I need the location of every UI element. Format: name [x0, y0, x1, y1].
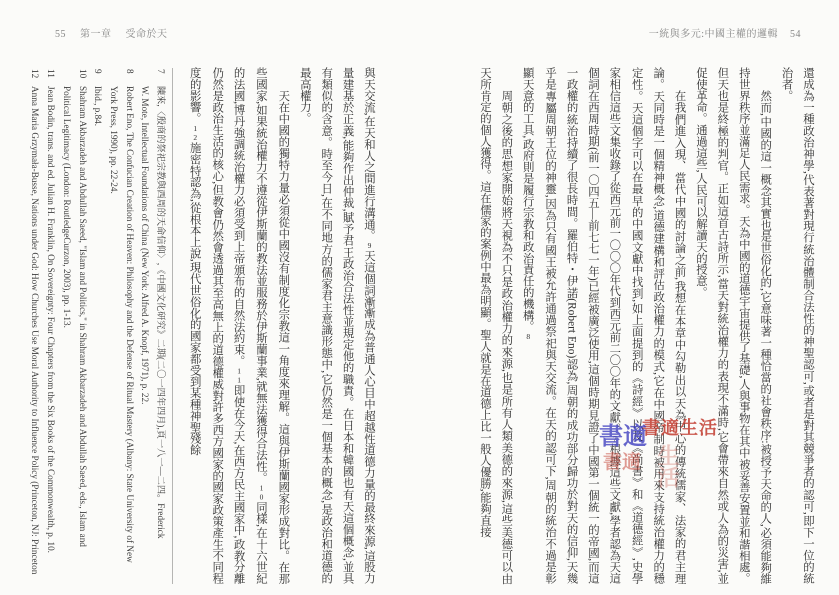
- left-running-header: 55第一章受命於天: [55, 25, 168, 40]
- left-page-number: 55: [55, 29, 66, 40]
- footnote-ref: 9: [365, 241, 374, 250]
- footnote-text: W. Mote, Intellectual Foundations of Chi…: [140, 86, 150, 404]
- footnote-number: 10: [74, 69, 90, 86]
- footnote-text: York Press, 1990), pp. 22-24.: [109, 86, 119, 194]
- paragraph: 還成為一種政治神學,代表著對現行統治體制合法性的神聖認可,或者是對其競爭者的認可…: [775, 67, 818, 584]
- paragraph: 天在中國的獨特力量必須從中國沒有制度化宗教這一角度來理解。這與伊斯蘭國家形成對比…: [183, 67, 293, 584]
- book-spread: 55第一章受命於天 一統與多元:中國主權的邏輯54 還成為一種政治神學,代表著對…: [0, 0, 839, 595]
- footnote-line: 12Anna Maria Grzymała-Busse, Nations und…: [27, 69, 43, 584]
- footnote-line: 10Shahram Akbarzadeh and Abdullah Saeed,…: [74, 69, 90, 584]
- footnote-ref: 8: [524, 332, 533, 341]
- book-title: 一統與多元:中國主權的邏輯: [649, 29, 778, 40]
- watermark-red-text: 書適生活: [642, 414, 718, 440]
- footnote-line: 7陳來,〈殷商的祭祀宗教與西周的天命信仰〉,《中國文化研究》二期(二〇一四年四月…: [152, 69, 168, 584]
- footnote-text: Robert Eno, The Confucian Creation of He…: [125, 86, 135, 563]
- footnote-ref: 11: [235, 366, 244, 384]
- footnote-number: 9: [90, 69, 106, 86]
- watermark-blue-text: 書適: [599, 416, 647, 451]
- left-page-text: 與天交流,在天和人之間進行溝通。9天這個詞漸漸成為普通人心目中超越性道德力量的最…: [185, 67, 380, 584]
- footnote-text: 陳來,〈殷商的祭祀宗教與西周的天命信仰〉,《中國文化研究》二期(二〇一四年四月)…: [156, 86, 166, 538]
- footnote-line: York Press, 1990), pp. 22-24.: [105, 69, 121, 584]
- footnotes-block: 7陳來,〈殷商的祭祀宗教與西周的天命信仰〉,《中國文化研究》二期(二〇一四年四月…: [26, 69, 168, 584]
- right-running-header: 一統與多元:中國主權的邏輯54: [649, 25, 801, 40]
- footnote-text: Jean Bodin, trans. and ed. Julian H. Fra…: [46, 86, 56, 553]
- paragraph: 與天交流,在天和人之間進行溝通。9天這個詞漸漸成為普通人心目中超越性道德力量的最…: [293, 67, 380, 584]
- footnote-line: W. Mote, Intellectual Foundations of Chi…: [137, 69, 153, 584]
- paragraph: 在我們進入現、當代中國的討論之前,我想在本章中勾勒出以天為中心的傳統儒家、法家的…: [516, 67, 689, 584]
- footnote-text: Anna Maria Grzymała-Busse, Nations under…: [31, 86, 41, 574]
- paragraph: 周朝之後的思想家開始將天視為不只是政治權力的來源,也是所有人類美德的來源,這些美…: [474, 67, 517, 584]
- footnote-separator-rule: [172, 68, 173, 584]
- right-page-text: 還成為一種政治神學,代表著對現行統治體制合法性的神聖認可,或者是對其競爭者的認可…: [452, 67, 818, 584]
- footnote-ref: 10: [257, 483, 266, 501]
- footnote-text: Shahram Akbarzadeh and Abdullah Saeed, "…: [78, 86, 88, 547]
- footnote-text: Ibid., p.84.: [93, 86, 103, 126]
- footnote-line: Political Legitimacy (London: RoutledgeC…: [58, 69, 74, 584]
- chapter-label: 第一章: [80, 29, 112, 40]
- right-page-number: 54: [790, 29, 801, 40]
- watermark-faint-vertical-text: 生活: [652, 444, 683, 488]
- footnote-line: 9Ibid., p.84.: [90, 69, 106, 584]
- footnote-text: Political Legitimacy (London: RoutledgeC…: [62, 86, 72, 328]
- footnote-line: 8Robert Eno, The Confucian Creation of H…: [121, 69, 137, 584]
- section-title: 受命於天: [126, 29, 168, 40]
- footnote-ref: 12: [191, 124, 200, 142]
- footnote-number: 12: [27, 69, 43, 86]
- watermark-red-overlap-text: 書適: [603, 447, 641, 474]
- paragraph: 然而,中國的這一概念其實也是世俗化的,它意味著一種恰當的社會秩序:被授予天命的人…: [690, 67, 776, 584]
- footnote-number: 7: [152, 69, 168, 86]
- footnote-line: 11Jean Bodin, trans. and ed. Julian H. F…: [43, 69, 59, 584]
- footnote-number: 11: [43, 69, 59, 86]
- footnote-number: 8: [121, 69, 137, 86]
